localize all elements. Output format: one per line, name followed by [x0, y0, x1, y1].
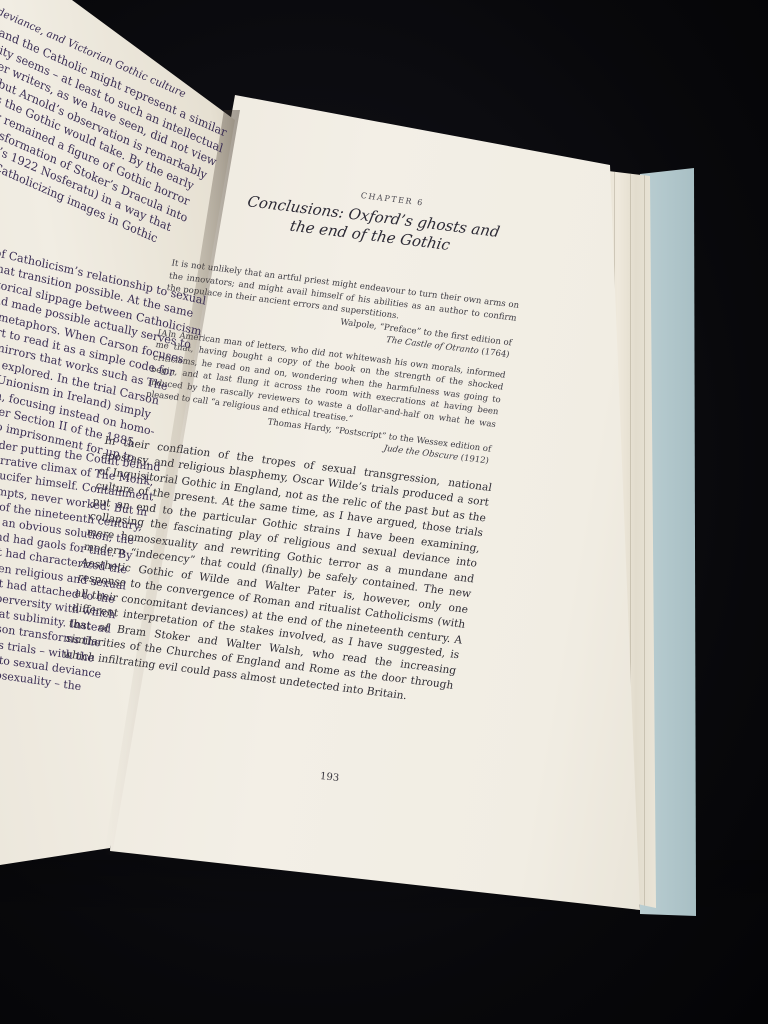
left-body-block-3: ider putting the Count behind arrative c… [0, 437, 194, 707]
attribution-year: (1912) [460, 453, 490, 466]
photo-scene: CHAPTER 6 Conclusions: Oxford’s ghosts a… [0, 0, 768, 1024]
page-number: 193 [319, 771, 339, 784]
page-edge-line [644, 170, 645, 910]
attribution-year: (1764) [480, 347, 510, 360]
